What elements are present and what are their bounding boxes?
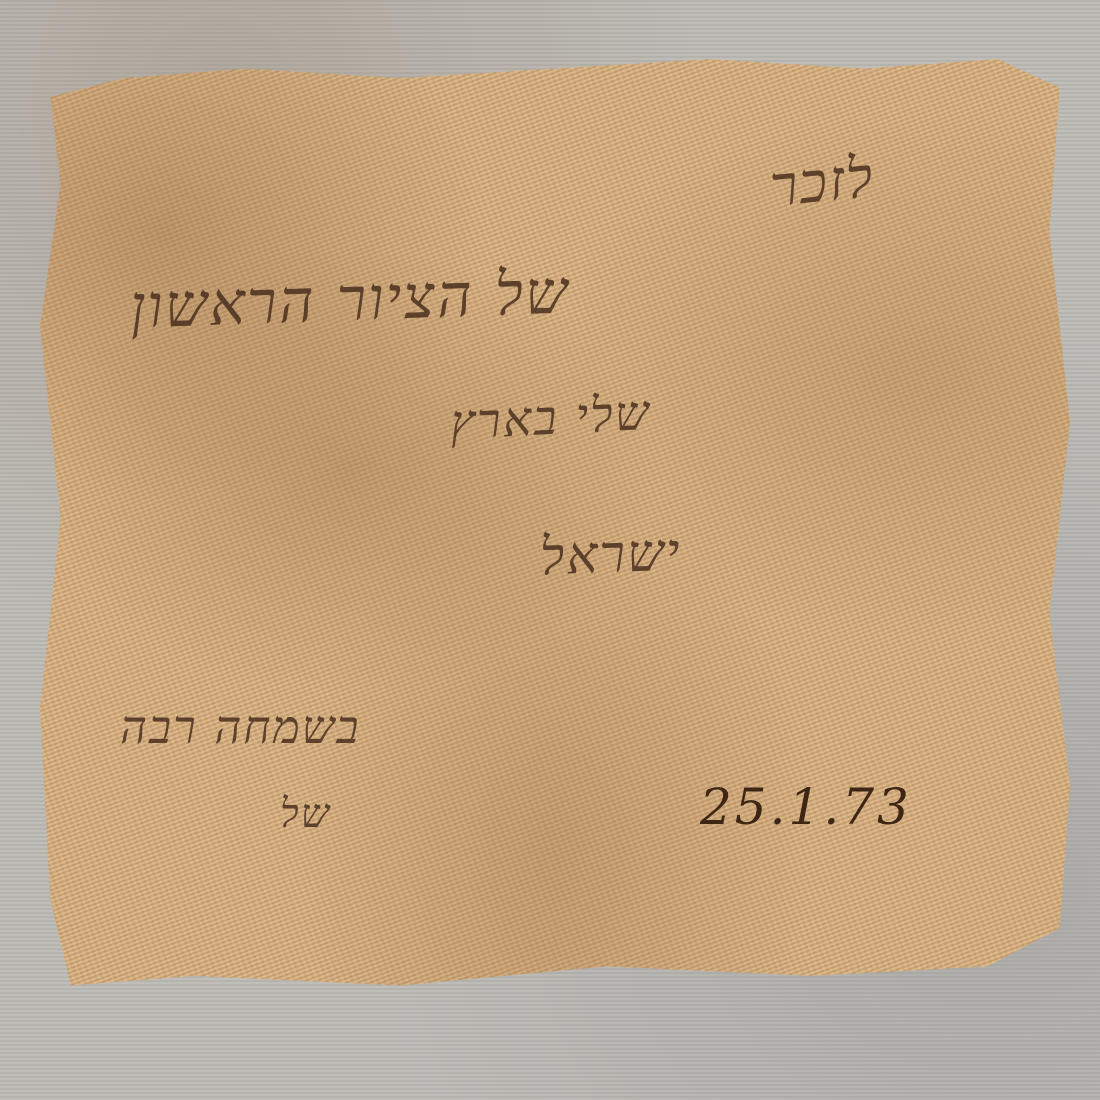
inscription-line-3: שלי בארץ (449, 385, 652, 451)
inscription-line-1: לזכר (767, 145, 878, 221)
inscription-line-4: ישראל (539, 523, 683, 588)
inscription-date: 25.1.73 (700, 778, 912, 836)
inscription-line-5: בשמחה רבה (120, 700, 361, 754)
canvas-patch (40, 40, 1070, 995)
inscription-line-6: של (280, 790, 331, 837)
